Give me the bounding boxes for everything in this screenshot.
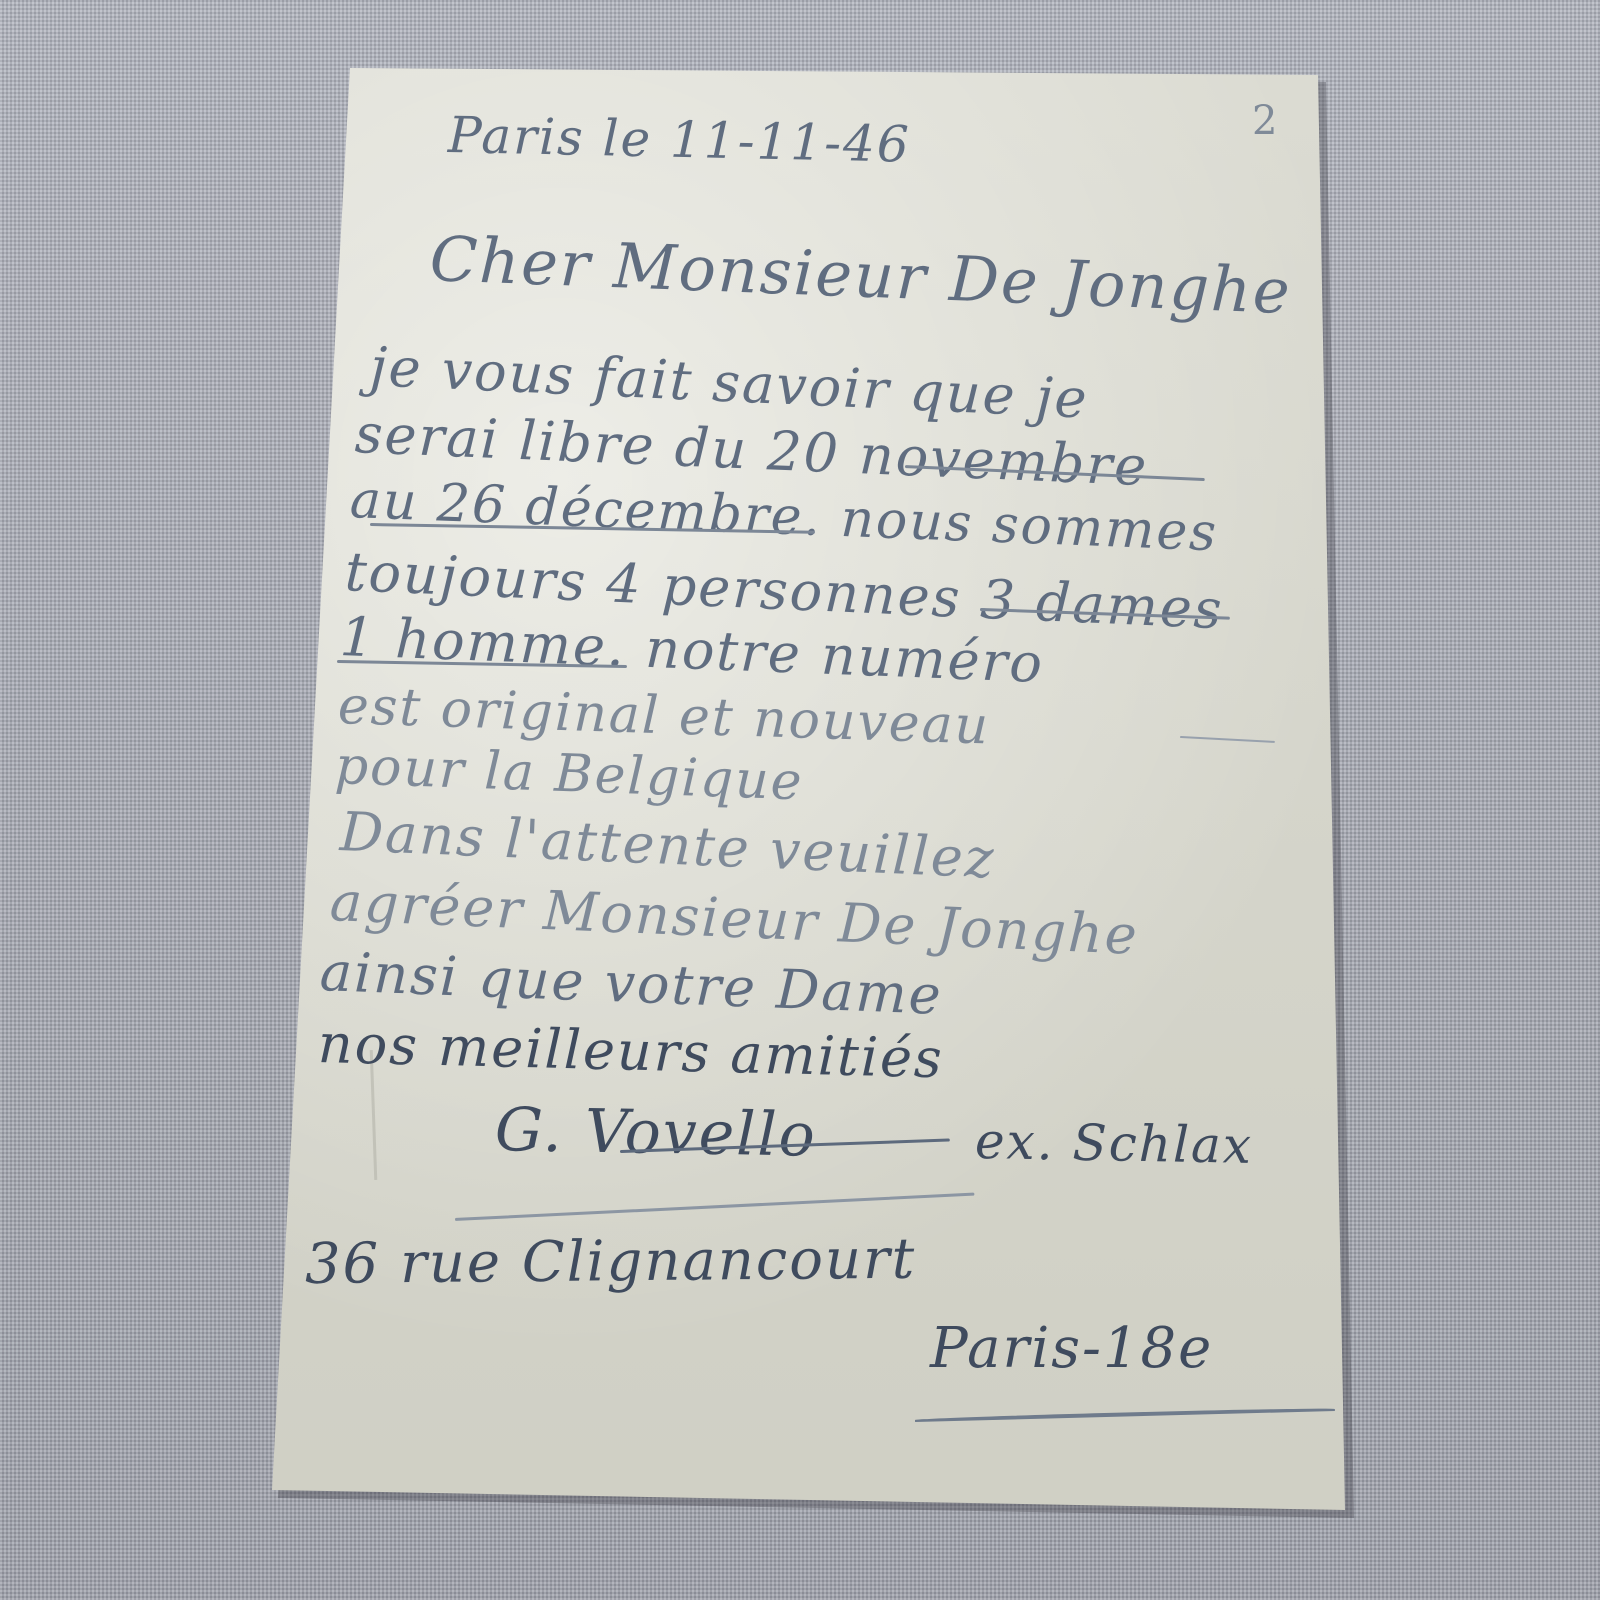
place-date: Paris le 11-11-46 (447, 106, 911, 174)
signature-name: G. Vovello (494, 1095, 817, 1171)
page-number: 2 (1252, 98, 1279, 144)
address-street: 36 rue Clignancourt (305, 1227, 917, 1297)
address-city: Paris-18e (930, 1316, 1213, 1381)
signature-suffix: ex. Schlax (974, 1112, 1253, 1175)
